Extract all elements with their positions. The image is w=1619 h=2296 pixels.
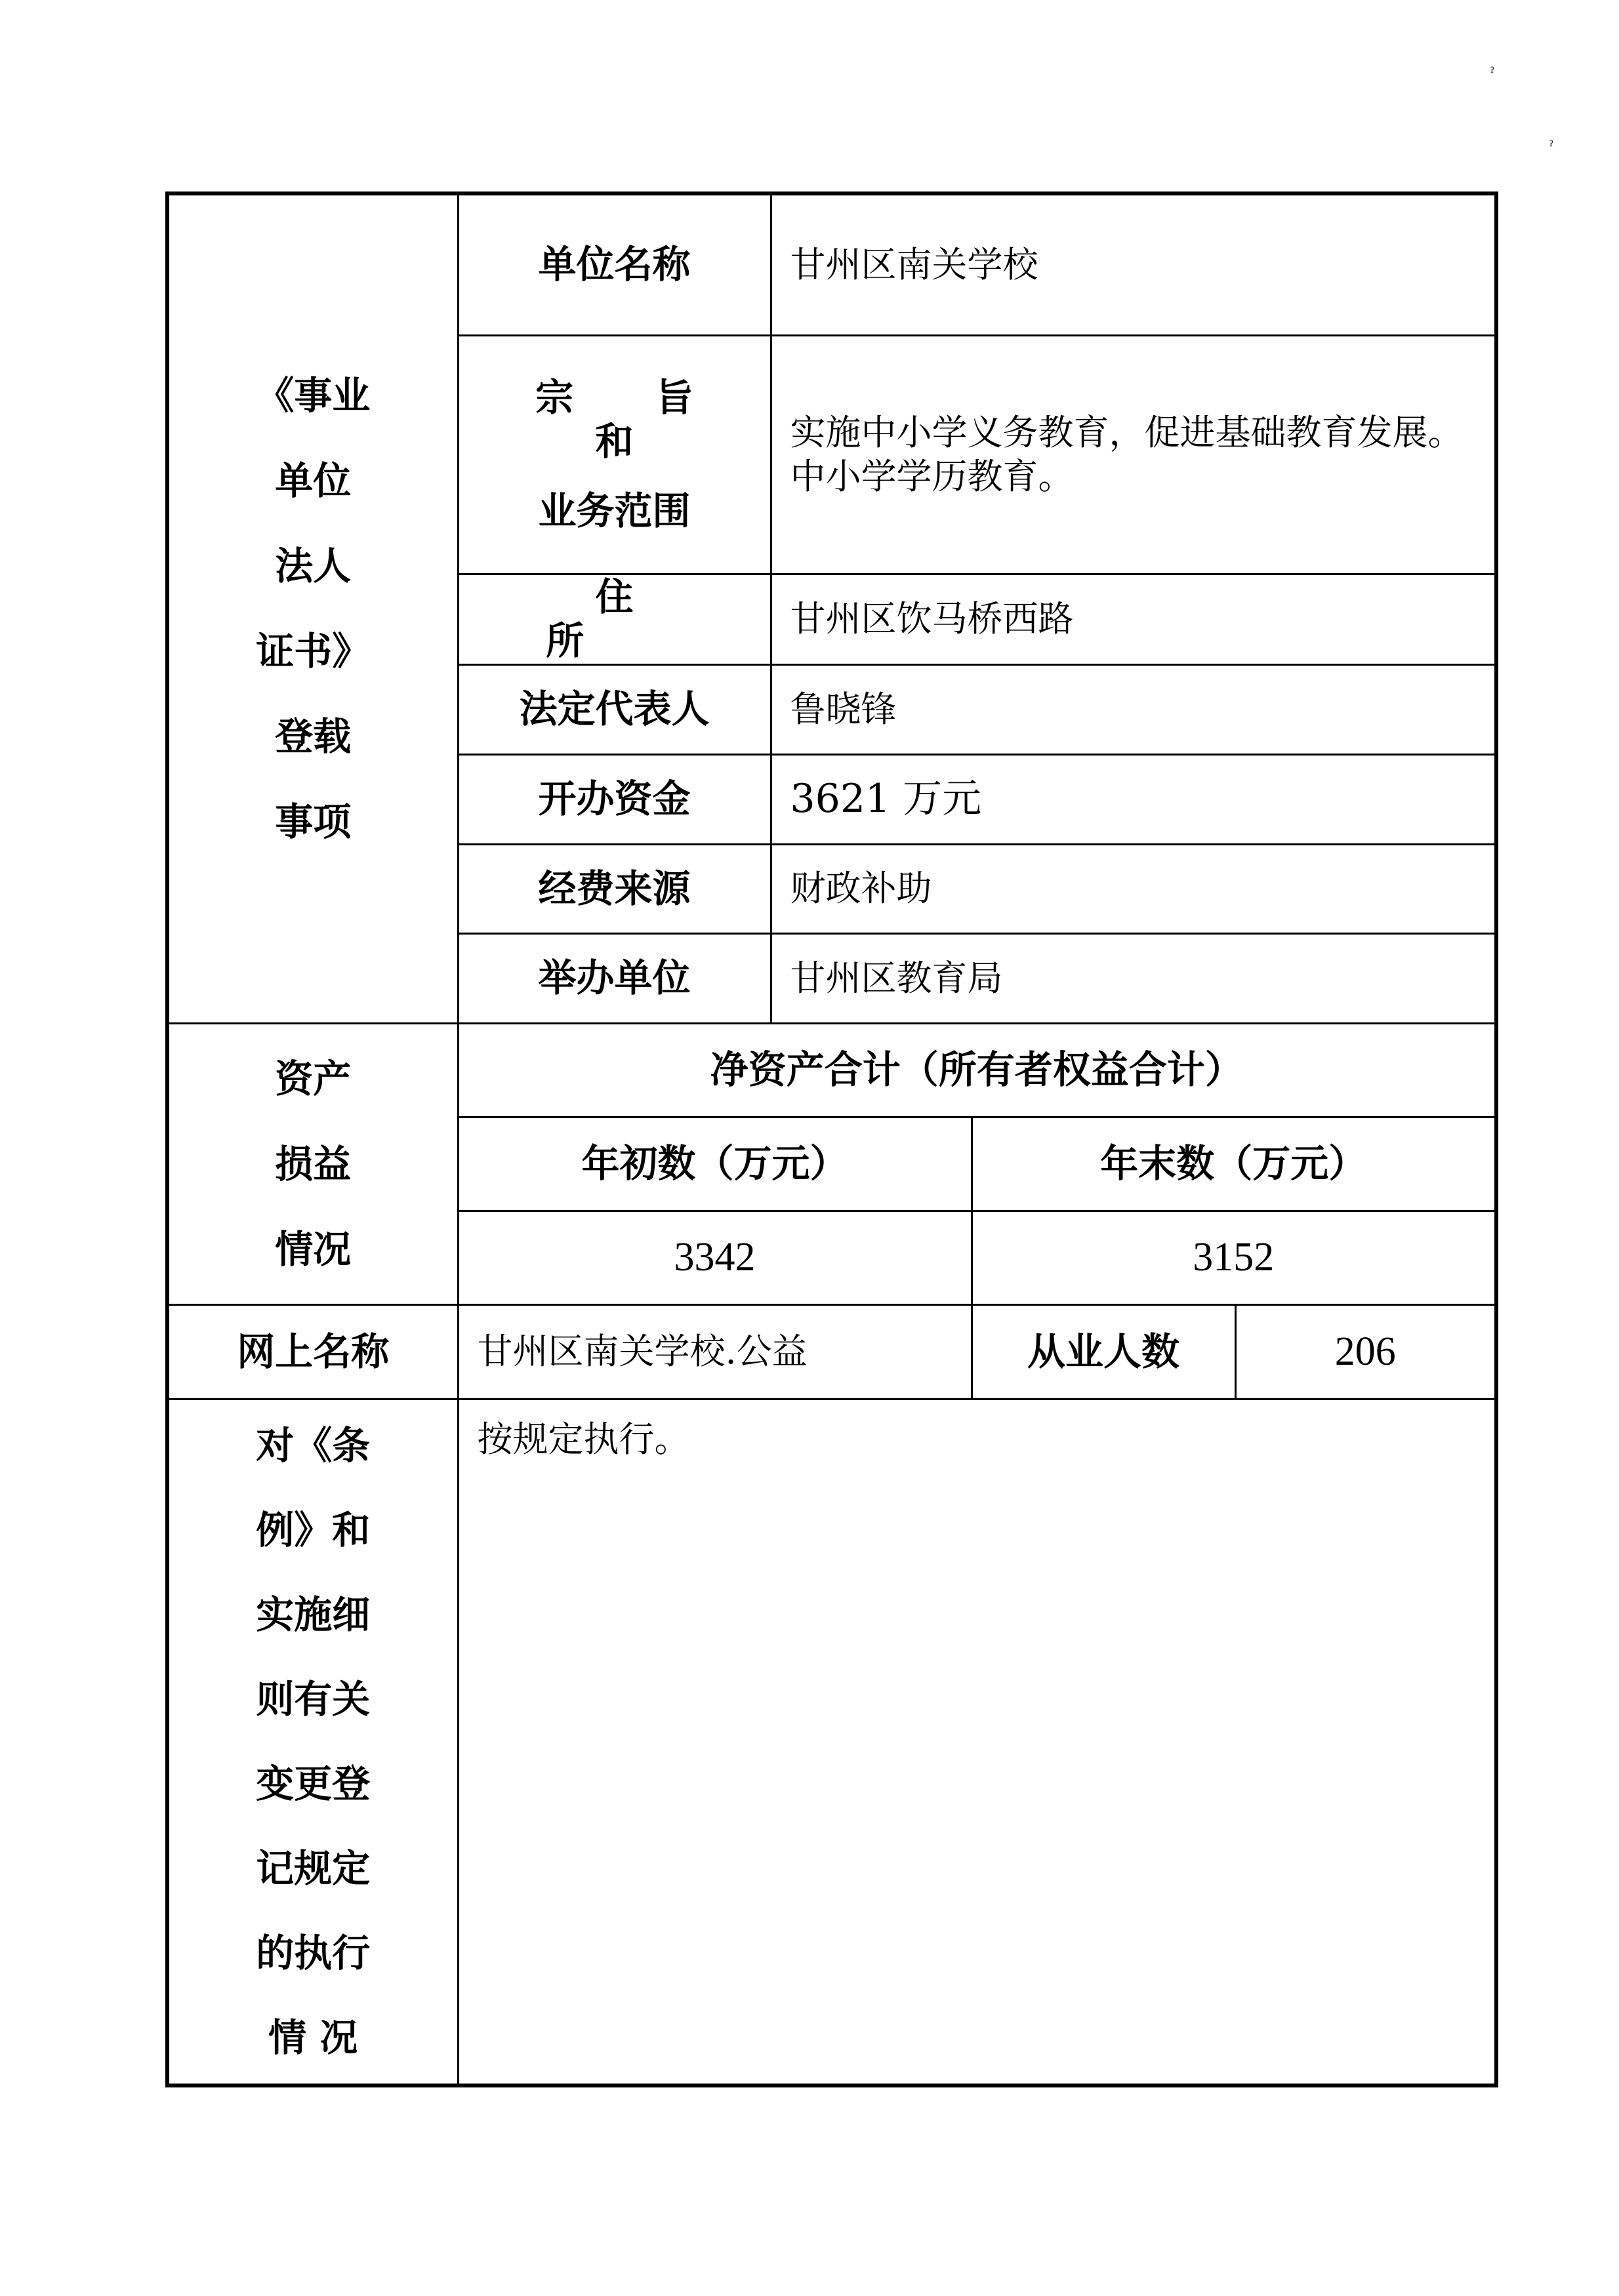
field-label-legal-rep: 法定代表人 bbox=[458, 664, 771, 754]
scan-mark: ˀ bbox=[1549, 139, 1553, 155]
section-label-registration: 《事业 单位 法人 证书》 登载 事项 bbox=[167, 193, 458, 1023]
field-value-staff-count: 206 bbox=[1235, 1304, 1496, 1399]
field-label-purpose-scope: 宗 旨 和 业务范围 bbox=[458, 335, 771, 574]
section-label-line: 情 况 bbox=[169, 1996, 457, 2080]
value-year-end: 3152 bbox=[972, 1211, 1496, 1304]
row-online-name: 网上名称 甘州区南关学校.公益 从业人数 206 bbox=[167, 1304, 1496, 1399]
section-label-line: 的执行 bbox=[169, 1911, 457, 1996]
section-label-line: 实施细 bbox=[169, 1573, 457, 1657]
section-label-line: 事项 bbox=[169, 779, 457, 864]
column-header-year-end: 年末数（万元） bbox=[972, 1117, 1496, 1211]
section-label-line: 损益 bbox=[169, 1121, 457, 1207]
section-label-line: 登载 bbox=[169, 694, 457, 779]
field-value-line: 实施中小学义务教育，促进基础教育发展。 bbox=[790, 411, 1495, 455]
value-year-start: 3342 bbox=[458, 1211, 972, 1304]
column-header-year-start: 年初数（万元） bbox=[458, 1117, 972, 1211]
section-label-line: 资产 bbox=[169, 1036, 457, 1121]
field-label-funding-source: 经费来源 bbox=[458, 844, 771, 933]
field-label-line: 宗 旨 和 bbox=[459, 376, 770, 463]
row-net-assets-header: 资产 损益 情况 净资产合计（所有者权益合计） bbox=[167, 1023, 1496, 1117]
field-label-line: 业务范围 bbox=[459, 489, 770, 533]
field-label-staff-count: 从业人数 bbox=[972, 1304, 1235, 1399]
field-value-address: 甘州区饮马桥西路 bbox=[771, 574, 1496, 664]
field-value-capital: 3621 万元 bbox=[771, 754, 1496, 844]
section-label-line: 对《条 bbox=[169, 1403, 457, 1488]
section-label-line: 例》和 bbox=[169, 1488, 457, 1573]
field-value-sponsor: 甘州区教育局 bbox=[771, 933, 1496, 1023]
field-label-online-name: 网上名称 bbox=[167, 1304, 458, 1399]
document-page: ˀ ˀ 《事业 单位 法人 证书》 登载 事项 单位名称 甘州区南关学校 宗 bbox=[0, 0, 1619, 2296]
row-unit-name: 《事业 单位 法人 证书》 登载 事项 单位名称 甘州区南关学校 bbox=[167, 193, 1496, 335]
section-label-line: 变更登 bbox=[169, 1742, 457, 1826]
section-label-line: 则有关 bbox=[169, 1657, 457, 1742]
field-label-capital: 开办资金 bbox=[458, 754, 771, 844]
field-value-purpose-scope: 实施中小学义务教育，促进基础教育发展。 中小学学历教育。 bbox=[771, 335, 1496, 574]
field-value-unit-name: 甘州区南关学校 bbox=[771, 193, 1496, 335]
section-label-line: 单位 bbox=[169, 438, 457, 523]
field-value-funding-source: 财政补助 bbox=[771, 844, 1496, 933]
section-label-line: 情况 bbox=[169, 1207, 457, 1292]
row-rules-execution: 对《条 例》和 实施细 则有关 变更登 记规定 的执行 情 况 按规定执行。 bbox=[167, 1399, 1496, 2085]
registration-form-table: 《事业 单位 法人 证书》 登载 事项 单位名称 甘州区南关学校 宗 旨 和 业… bbox=[165, 191, 1498, 2087]
section-label-line: 记规定 bbox=[169, 1826, 457, 1911]
section-label-line: 《事业 bbox=[169, 353, 457, 438]
net-assets-header: 净资产合计（所有者权益合计） bbox=[458, 1023, 1496, 1117]
field-value-line: 中小学学历教育。 bbox=[790, 454, 1495, 499]
field-label-address: 住所 bbox=[458, 574, 771, 664]
section-label-rules: 对《条 例》和 实施细 则有关 变更登 记规定 的执行 情 况 bbox=[167, 1399, 458, 2085]
field-value-rules-execution: 按规定执行。 bbox=[458, 1399, 1496, 2085]
section-label-assets: 资产 损益 情况 bbox=[167, 1023, 458, 1304]
field-value-legal-rep: 鲁晓锋 bbox=[771, 664, 1496, 754]
field-label-unit-name: 单位名称 bbox=[458, 193, 771, 335]
scan-mark: ˀ bbox=[1490, 66, 1494, 82]
field-value-online-name: 甘州区南关学校.公益 bbox=[458, 1304, 972, 1399]
field-label-sponsor: 举办单位 bbox=[458, 933, 771, 1023]
section-label-line: 法人 bbox=[169, 523, 457, 609]
section-label-line: 证书》 bbox=[169, 609, 457, 694]
